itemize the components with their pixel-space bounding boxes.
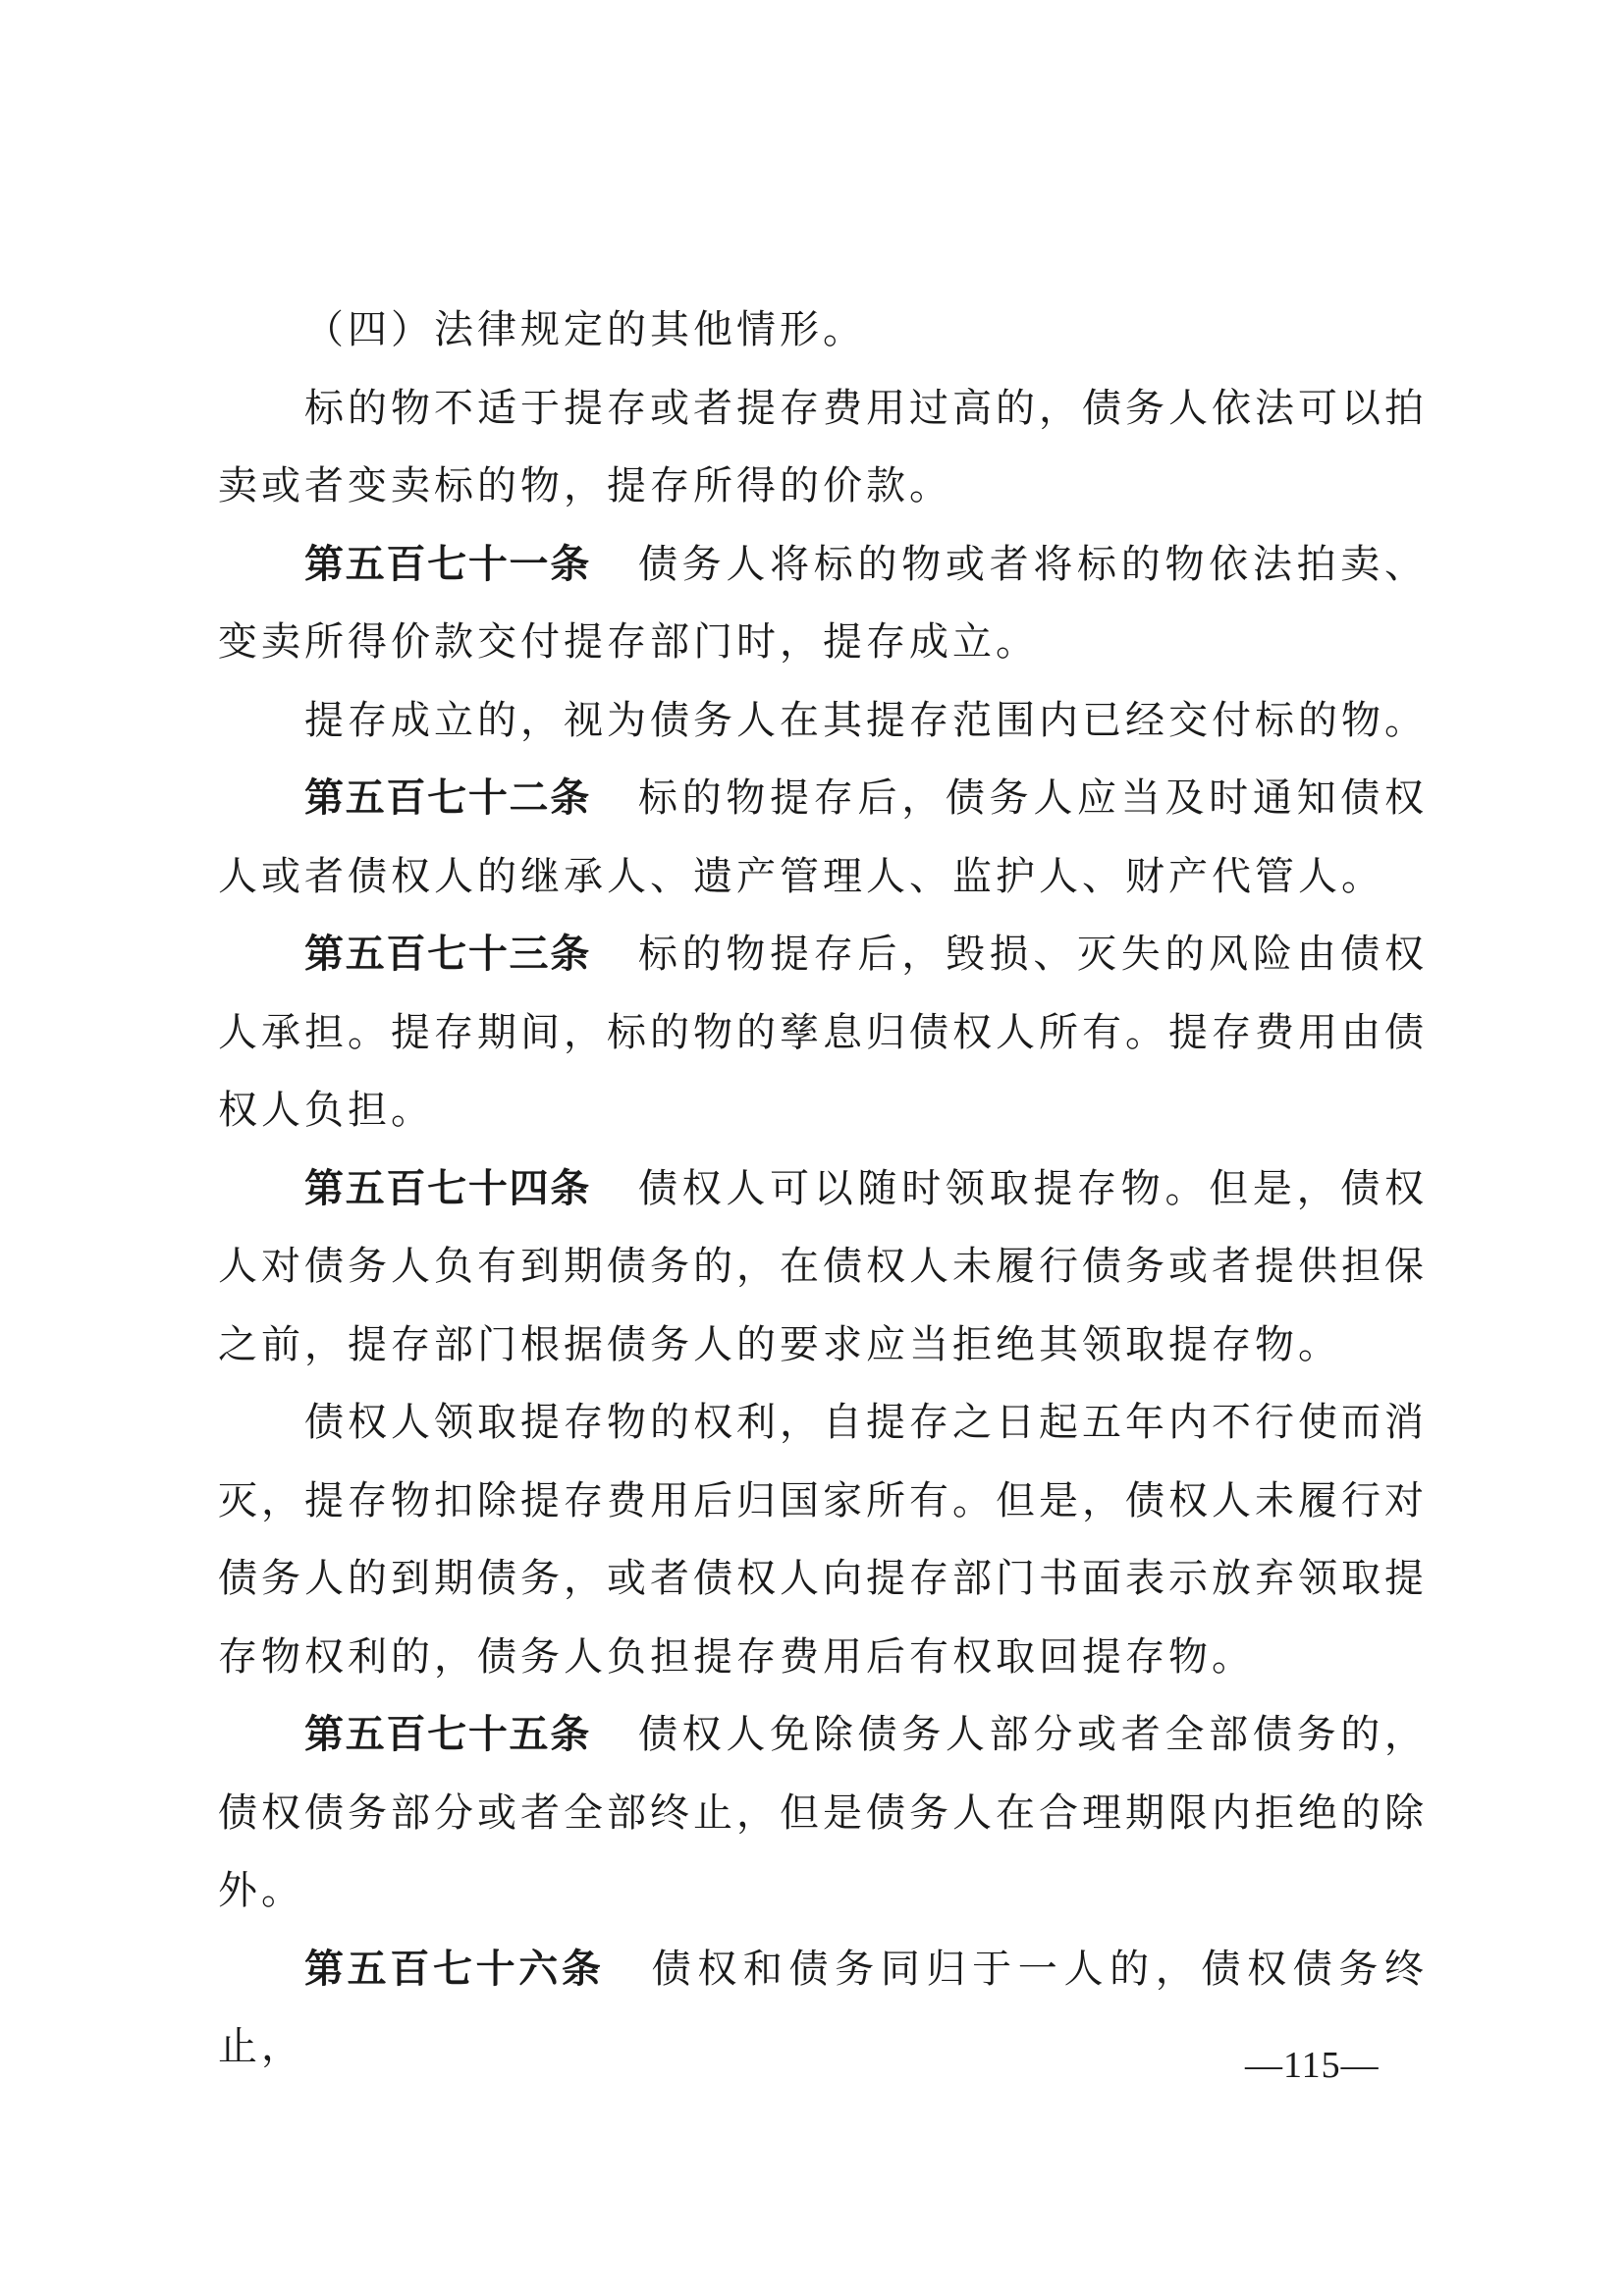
article-number: 第五百七十三条 — [304, 932, 591, 977]
paragraph-deposit-effect: 提存成立的，视为债务人在其提存范围内已经交付标的物。 — [218, 682, 1428, 761]
document-page: （四）法律规定的其他情形。 标的物不适于提存或者提存费用过高的，债务人依法可以拍… — [218, 292, 1428, 2087]
article-574: 第五百七十四条债权人可以随时领取提存物。但是，债权人对债务人负有到期债务的，在债… — [218, 1150, 1428, 1385]
paragraph-claim-right-expiry: 债权人领取提存物的权利，自提存之日起五年内不行使而消灭，提存物扣除提存费用后归国… — [218, 1384, 1428, 1696]
article-573: 第五百七十三条标的物提存后，毁损、灭失的风险由债权人承担。提存期间，标的物的孳息… — [218, 916, 1428, 1150]
article-number: 第五百七十五条 — [304, 1712, 591, 1757]
article-number: 第五百七十四条 — [304, 1166, 591, 1211]
article-number: 第五百七十一条 — [304, 542, 591, 587]
paragraph-text: 标的物不适于提存或者提存费用过高的，债务人依法可以拍卖或者变卖标的物，提存所得的… — [218, 386, 1428, 509]
paragraph-text: （四）法律规定的其他情形。 — [304, 307, 866, 352]
paragraph-text: 提存成立的，视为债务人在其提存范围内已经交付标的物。 — [304, 698, 1428, 743]
article-number: 第五百七十六条 — [304, 1947, 605, 1992]
paragraph-clause-4: （四）法律规定的其他情形。 — [218, 292, 1428, 370]
article-571: 第五百七十一条债务人将标的物或者将标的物依法拍卖、变卖所得价款交付提存部门时，提… — [218, 526, 1428, 682]
paragraph-text: 债权人领取提存物的权利，自提存之日起五年内不行使而消灭，提存物扣除提存费用后归国… — [218, 1400, 1428, 1680]
paragraph-auction-proceeds: 标的物不适于提存或者提存费用过高的，债务人依法可以拍卖或者变卖标的物，提存所得的… — [218, 370, 1428, 526]
page-number: —115— — [1245, 2044, 1380, 2087]
article-number: 第五百七十二条 — [304, 775, 591, 821]
article-572: 第五百七十二条标的物提存后，债务人应当及时通知债权人或者债权人的继承人、遗产管理… — [218, 760, 1428, 916]
article-575: 第五百七十五条债权人免除债务人部分或者全部债务的，债权债务部分或者全部终止，但是… — [218, 1696, 1428, 1931]
